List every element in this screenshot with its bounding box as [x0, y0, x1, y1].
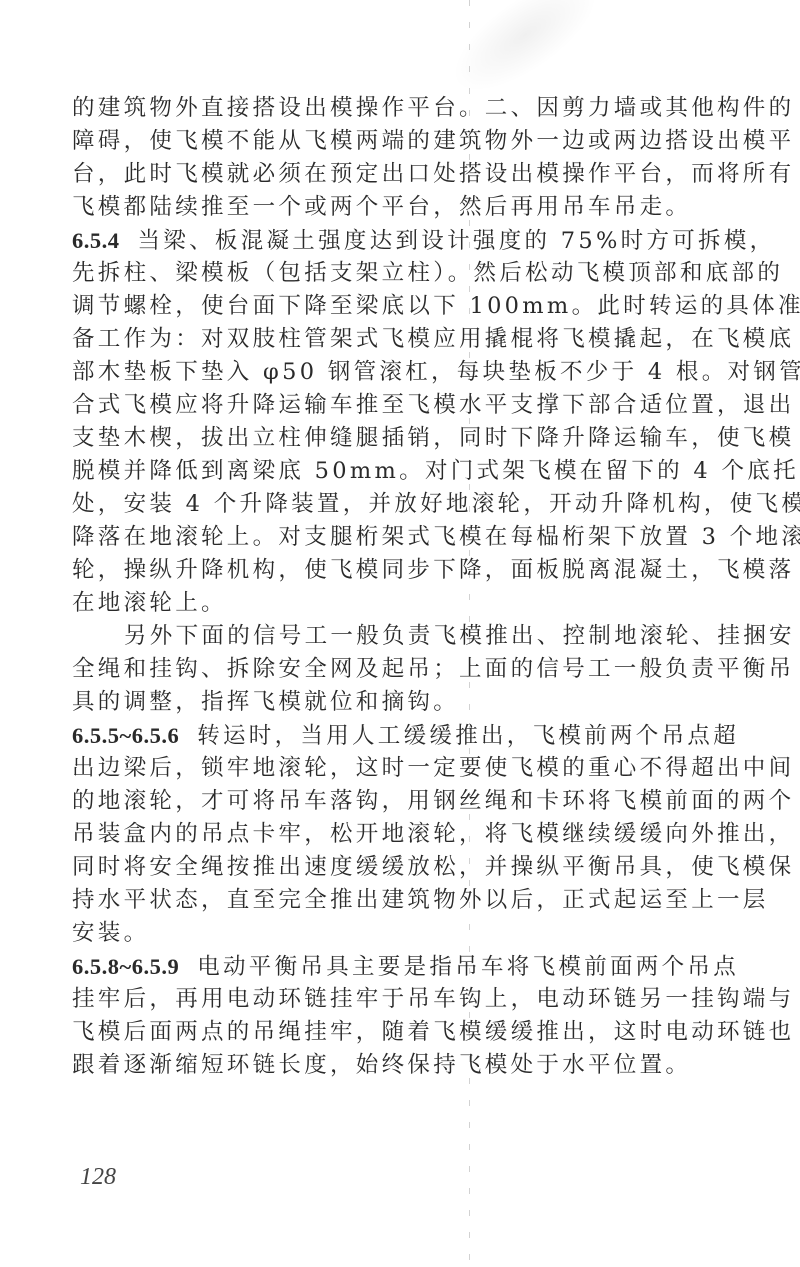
section-number: 6.5.4	[72, 228, 120, 253]
paragraph-signalman: 另外下面的信号工一般负责飞模推出、控制地滚轮、挂捆安 全绳和挂钩、拆除安全网及起…	[72, 620, 724, 719]
text-line: 合式飞模应将升降运输车推至飞模水平支撑下部合适位置，退出	[72, 389, 724, 422]
paragraph-6-5-8-to-6-5-9: 6.5.8~6.5.9电动平衡吊具主要是指吊车将飞模前面两个吊点 挂牢后，再用电…	[72, 950, 724, 1082]
line-text: 电动平衡吊具主要是指吊车将飞模前面两个吊点	[197, 954, 739, 980]
paragraph-6-5-4: 6.5.4当梁、板混凝土强度达到设计强度的 75%时方可拆模， 先拆柱、梁模板（…	[72, 224, 724, 620]
text-line: 飞模后面两点的吊绳挂牢，随着飞模缓缓推出，这时电动环链也	[72, 1016, 724, 1049]
text-line: 支垫木楔，拔出立柱伸缝腿插销，同时下降升降运输车，使飞模	[72, 422, 724, 455]
text-line: 处，安装 4 个升降装置，并放好地滚轮，开动升降机构，使飞模	[72, 488, 724, 521]
text-line: 出边梁后，锁牢地滚轮，这时一定要使飞模的重心不得超出中间	[72, 752, 724, 785]
text-line: 6.5.4当梁、板混凝土强度达到设计强度的 75%时方可拆模，	[72, 224, 724, 257]
text-line: 跟着逐渐缩短环链长度，始终保持飞模处于水平位置。	[72, 1049, 724, 1082]
text-line: 挂牢后，再用电动环链挂牢于吊车钩上，电动环链另一挂钩端与	[72, 983, 724, 1016]
line-text: 当梁、板混凝土强度达到设计强度的 75%时方可拆模，	[138, 228, 776, 254]
text-line: 部木垫板下垫入 φ50 钢管滚杠，每块垫板不少于 4 根。对钢管组	[72, 356, 724, 389]
section-number: 6.5.8~6.5.9	[72, 954, 179, 979]
text-line: 具的调整，指挥飞模就位和摘钩。	[72, 686, 724, 719]
text-line: 另外下面的信号工一般负责飞模推出、控制地滚轮、挂捆安	[72, 620, 724, 653]
section-number: 6.5.5~6.5.6	[72, 723, 179, 748]
text-line: 的建筑物外直接搭设出模操作平台。二、因剪力墙或其他构件的	[72, 92, 724, 125]
text-line: 持水平状态，直至完全推出建筑物外以后，正式起运至上一层	[72, 884, 724, 917]
text-line: 轮，操纵升降机构，使飞模同步下降，面板脱离混凝土，飞模落	[72, 554, 724, 587]
text-line: 调节螺栓，使台面下降至梁底以下 100mm。此时转运的具体准	[72, 290, 724, 323]
text-line: 安装。	[72, 917, 724, 950]
text-line: 台，此时飞模就必须在预定出口处搭设出模操作平台，而将所有	[72, 158, 724, 191]
text-line: 同时将安全绳按推出速度缓缓放松，并操纵平衡吊具，使飞模保	[72, 851, 724, 884]
text-line: 备工作为：对双肢柱管架式飞模应用撬棍将飞模撬起，在飞模底	[72, 323, 724, 356]
page-body: 的建筑物外直接搭设出模操作平台。二、因剪力墙或其他构件的 障碍，使飞模不能从飞模…	[72, 92, 724, 1082]
text-line: 先拆柱、梁模板（包括支架立柱）。然后松动飞模顶部和底部的	[72, 257, 724, 290]
paragraph-6-5-5-to-6-5-6: 6.5.5~6.5.6转运时，当用人工缓缓推出，飞模前两个吊点超 出边梁后，锁牢…	[72, 719, 724, 950]
text-line: 6.5.5~6.5.6转运时，当用人工缓缓推出，飞模前两个吊点超	[72, 719, 724, 752]
paragraph-continuation: 的建筑物外直接搭设出模操作平台。二、因剪力墙或其他构件的 障碍，使飞模不能从飞模…	[72, 92, 724, 224]
text-line: 全绳和挂钩、拆除安全网及起吊；上面的信号工一般负责平衡吊	[72, 653, 724, 686]
text-line: 6.5.8~6.5.9电动平衡吊具主要是指吊车将飞模前面两个吊点	[72, 950, 724, 983]
text-line: 吊装盒内的吊点卡牢，松开地滚轮，将飞模继续缓缓向外推出，	[72, 818, 724, 851]
page-number: 128	[80, 1164, 116, 1191]
text-line: 的地滚轮，才可将吊车落钩，用钢丝绳和卡环将飞模前面的两个	[72, 785, 724, 818]
text-line: 在地滚轮上。	[72, 587, 724, 620]
text-line: 飞模都陆续推至一个或两个平台，然后再用吊车吊走。	[72, 191, 724, 224]
text-line: 障碍，使飞模不能从飞模两端的建筑物外一边或两边搭设出模平	[72, 125, 724, 158]
text-line: 脱模并降低到离梁底 50mm。对门式架飞模在留下的 4 个底托	[72, 455, 724, 488]
text-line: 降落在地滚轮上。对支腿桁架式飞模在每榀桁架下放置 3 个地滚	[72, 521, 724, 554]
line-text: 转运时，当用人工缓缓推出，飞模前两个吊点超	[197, 723, 739, 749]
